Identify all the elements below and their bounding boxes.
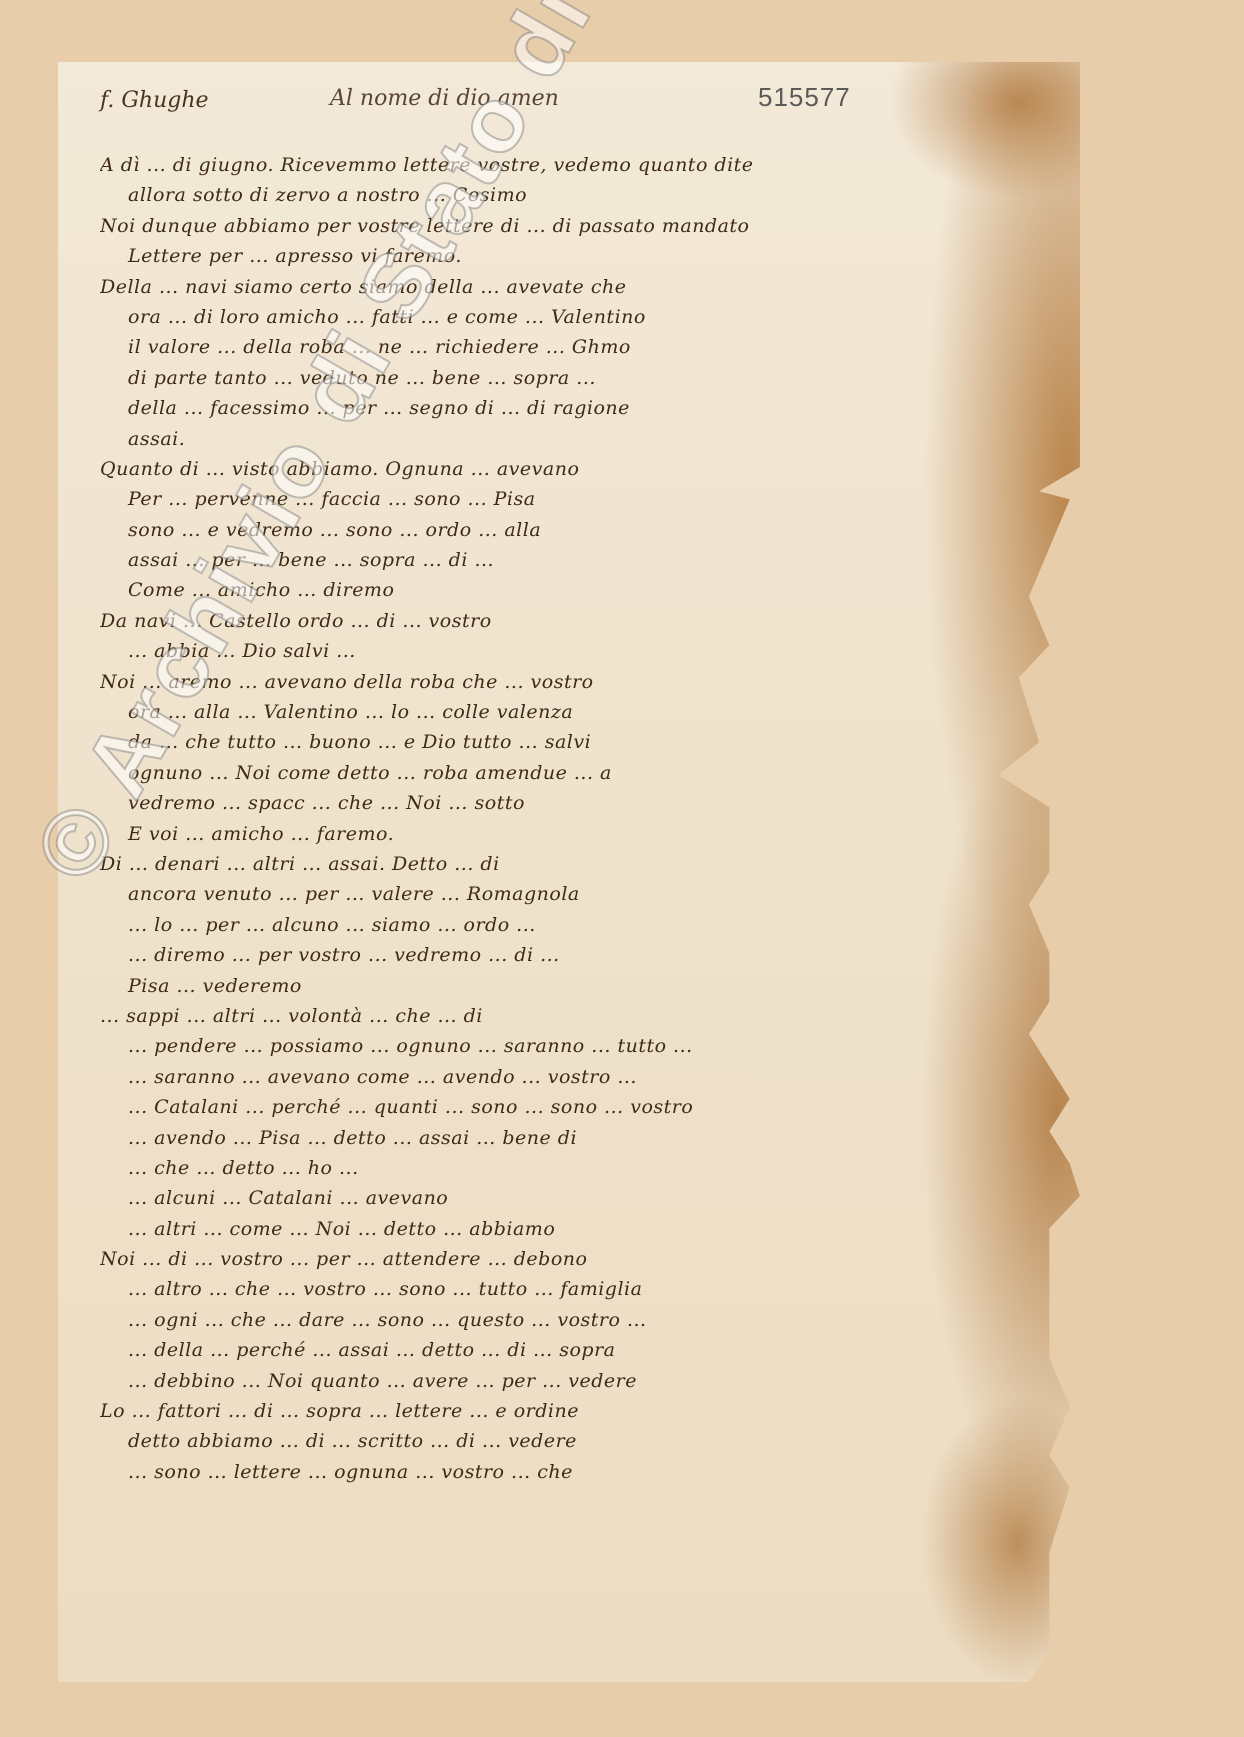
body-line: assai. xyxy=(100,424,1040,454)
header-left-note: f. Ghughe xyxy=(100,88,209,113)
body-line: ... altri ... come ... Noi ... detto ...… xyxy=(100,1214,1040,1244)
body-line: sono ... e vedremo ... sono ... ordo ...… xyxy=(100,515,1040,545)
body-line: Noi dunque abbiamo per vostre lettere di… xyxy=(100,211,1040,241)
body-line: ... altro ... che ... vostro ... sono ..… xyxy=(100,1274,1040,1304)
body-line: da ... che tutto ... buono ... e Dio tut… xyxy=(100,727,1040,757)
body-line: Quanto di ... visto abbiamo. Ognuna ... … xyxy=(100,454,1040,484)
body-line: ora ... alla ... Valentino ... lo ... co… xyxy=(100,697,1040,727)
body-line: Della ... navi siamo certo siamo della .… xyxy=(100,272,1040,302)
body-line: ... alcuni ... Catalani ... avevano xyxy=(100,1183,1040,1213)
body-line: allora sotto di zervo a nostro ... Cosim… xyxy=(100,180,1040,210)
body-line: ... lo ... per ... alcuno ... siamo ... … xyxy=(100,910,1040,940)
body-line: ... sappi ... altri ... volontà ... che … xyxy=(100,1001,1040,1031)
body-line: Lo ... fattori ... di ... sopra ... lett… xyxy=(100,1396,1040,1426)
body-line: A dì ... di giugno. Ricevemmo lettere vo… xyxy=(100,150,1040,180)
body-line: ... avendo ... Pisa ... detto ... assai … xyxy=(100,1123,1040,1153)
body-line: ... debbino ... Noi quanto ... avere ...… xyxy=(100,1366,1040,1396)
body-line: ... ogni ... che ... dare ... sono ... q… xyxy=(100,1305,1040,1335)
body-line: il valore ... della roba ... ne ... rich… xyxy=(100,332,1040,362)
body-line: detto abbiamo ... di ... scritto ... di … xyxy=(100,1426,1040,1456)
body-line: Come ... amicho ... diremo xyxy=(100,575,1040,605)
body-line: ... pendere ... possiamo ... ognuno ... … xyxy=(100,1031,1040,1061)
body-line: Da navi ... Castello ordo ... di ... vos… xyxy=(100,606,1040,636)
letter-header: f. Ghughe Al nome di dio amen 515577 xyxy=(100,82,1000,122)
body-line: ancora venuto ... per ... valere ... Rom… xyxy=(100,879,1040,909)
body-line: Per ... pervenne ... faccia ... sono ...… xyxy=(100,484,1040,514)
body-line: ... Catalani ... perché ... quanti ... s… xyxy=(100,1092,1040,1122)
letter-body: A dì ... di giugno. Ricevemmo lettere vo… xyxy=(100,150,1040,1487)
body-line: Di ... denari ... altri ... assai. Detto… xyxy=(100,849,1040,879)
body-line: E voi ... amicho ... faremo. xyxy=(100,819,1040,849)
archive-number: 515577 xyxy=(758,82,851,113)
body-line: Pisa ... vederemo xyxy=(100,971,1040,1001)
body-line: Noi ... aremo ... avevano della roba che… xyxy=(100,667,1040,697)
body-line: ognuno ... Noi come detto ... roba amend… xyxy=(100,758,1040,788)
body-line: ... saranno ... avevano come ... avendo … xyxy=(100,1062,1040,1092)
header-invocation: Al nome di dio amen xyxy=(330,86,559,111)
body-line: Lettere per ... apresso vi faremo. xyxy=(100,241,1040,271)
body-line: ... della ... perché ... assai ... detto… xyxy=(100,1335,1040,1365)
body-line: ... abbia ... Dio salvi ... xyxy=(100,636,1040,666)
body-line: della ... facessimo ... per ... segno di… xyxy=(100,393,1040,423)
body-line: ora ... di loro amicho ... fatti ... e c… xyxy=(100,302,1040,332)
body-line: assai ... per ... bene ... sopra ... di … xyxy=(100,545,1040,575)
body-line: ... diremo ... per vostro ... vedremo ..… xyxy=(100,940,1040,970)
body-line: di parte tanto ... veduto ne ... bene ..… xyxy=(100,363,1040,393)
body-line: vedremo ... spacc ... che ... Noi ... so… xyxy=(100,788,1040,818)
body-line: ... che ... detto ... ho ... xyxy=(100,1153,1040,1183)
body-line: ... sono ... lettere ... ognuna ... vost… xyxy=(100,1457,1040,1487)
body-line: Noi ... di ... vostro ... per ... attend… xyxy=(100,1244,1040,1274)
